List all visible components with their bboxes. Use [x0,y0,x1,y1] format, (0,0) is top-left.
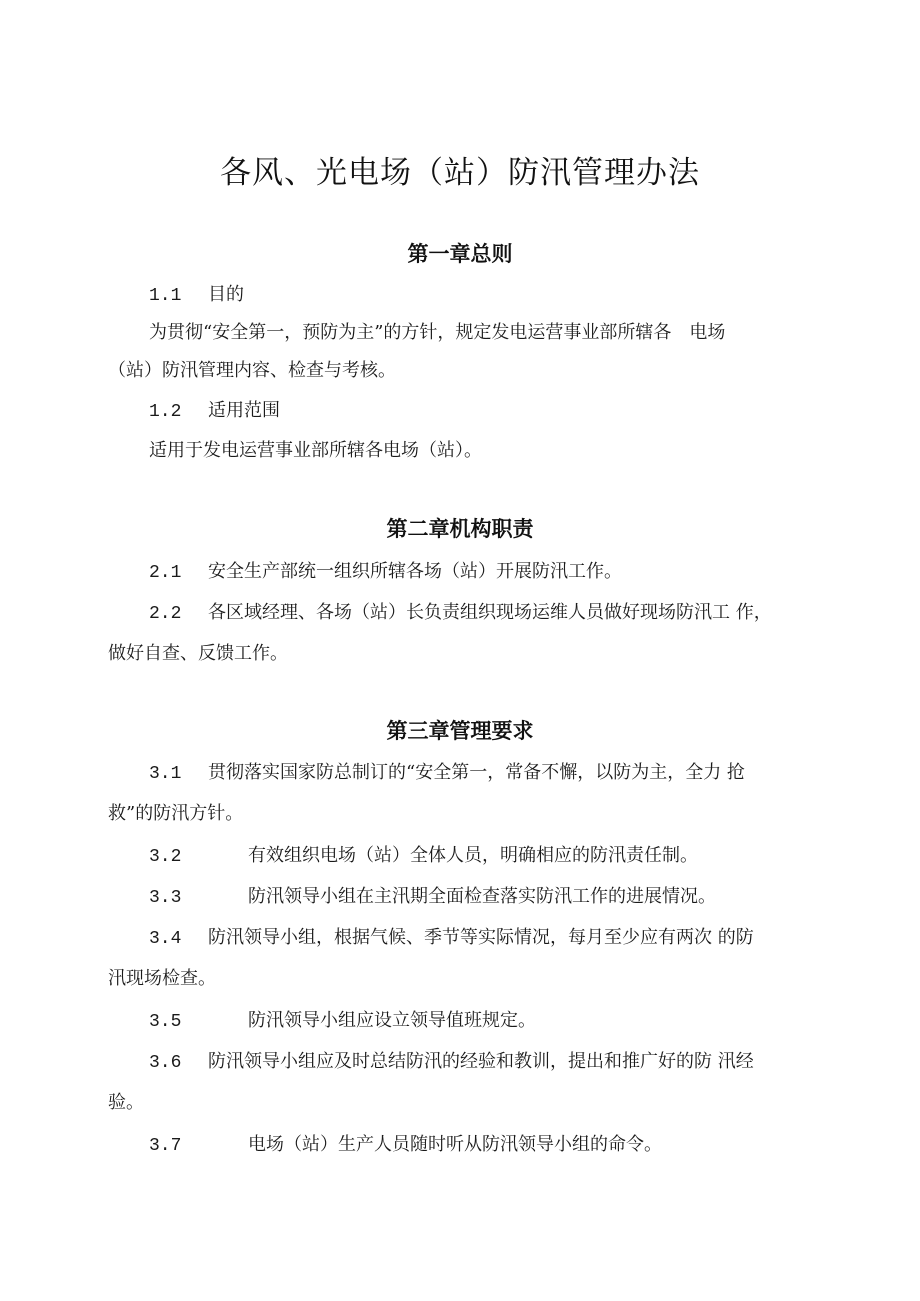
chapter-2-title: 第二章机构职责 [0,513,920,545]
chapter-3-title: 第三章管理要求 [0,715,920,747]
clause-number: 2.1 [149,558,208,588]
clause-2-2: 2.2各区域经理、各场（站）长负责组织现场运维人员做好现场防汛工 作， [149,598,772,629]
clause-text: 防汛领导小组在主汛期全面检查落实防汛工作的进展情况。 [248,886,716,907]
clause-3-3: 3.3防汛领导小组在主汛期全面检查落实防汛工作的进展情况。 [149,882,716,913]
chapter-1-title: 第一章总则 [0,238,920,270]
clause-continuation: 做好自查、反馈工作。 [108,639,288,669]
clause-2-1: 2.1安全生产部统一组织所辖各场（站）开展防汛工作。 [149,557,622,588]
section-1-1-heading: 1.1目的 [149,280,244,311]
clause-number: 3.5 [149,1007,248,1037]
section-1-2-heading: 1.2适用范围 [149,396,280,427]
clause-number: 3.7 [149,1131,248,1161]
paragraph-line: 为贯彻“安全第一，预防为主”的方针，规定发电运营事业部所辖各 电场 [149,318,725,348]
section-number: 1.2 [149,397,208,427]
clause-3-2: 3.2有效组织电场（站）全体人员，明确相应的防汛责任制。 [149,841,698,872]
clause-number: 3.4 [149,924,208,954]
clause-text: 防汛领导小组应设立领导值班规定。 [248,1010,536,1031]
clause-number: 3.3 [149,883,248,913]
clause-continuation: 救”的防汛方针。 [108,799,243,829]
clause-3-6: 3.6防汛领导小组应及时总结防汛的经验和教训，提出和推广好的防 汛经 [149,1047,754,1078]
clause-text: 防汛领导小组，根据气候、季节等实际情况，每月至少应有两次 的防 [208,927,754,948]
clause-text: 电场（站）生产人员随时听从防汛领导小组的命令。 [248,1134,662,1155]
section-number: 1.1 [149,281,208,311]
document-page: 各风、光电场（站）防汛管理办法 第一章总则 1.1目的 为贯彻“安全第一，预防为… [0,0,920,1301]
paragraph-line: 适用于发电运营事业部所辖各电场（站）。 [149,436,482,466]
clause-number: 3.2 [149,842,248,872]
clause-3-7: 3.7电场（站）生产人员随时听从防汛领导小组的命令。 [149,1130,662,1161]
clause-text: 防汛领导小组应及时总结防汛的经验和教训，提出和推广好的防 汛经 [208,1051,754,1072]
clause-continuation: 汛现场检查。 [108,964,216,994]
clause-number: 2.2 [149,599,208,629]
clause-number: 3.6 [149,1048,208,1078]
clause-3-5: 3.5防汛领导小组应设立领导值班规定。 [149,1006,536,1037]
clause-3-1: 3.1贯彻落实国家防总制订的“安全第一，常备不懈，以防为主，全力 抢 [149,758,745,789]
section-heading: 目的 [208,284,244,305]
clause-text: 有效组织电场（站）全体人员，明确相应的防汛责任制。 [248,845,698,866]
clause-continuation: 验。 [108,1088,144,1118]
clause-text: 各区域经理、各场（站）长负责组织现场运维人员做好现场防汛工 作， [208,602,772,623]
paragraph-line: （站）防汛管理内容、检查与考核。 [108,356,396,386]
clause-text: 安全生产部统一组织所辖各场（站）开展防汛工作。 [208,561,622,582]
clause-number: 3.1 [149,759,208,789]
clause-text: 贯彻落实国家防总制订的“安全第一，常备不懈，以防为主，全力 抢 [208,762,745,783]
section-heading: 适用范围 [208,400,280,421]
clause-3-4: 3.4防汛领导小组，根据气候、季节等实际情况，每月至少应有两次 的防 [149,923,754,954]
document-title: 各风、光电场（站）防汛管理办法 [0,148,920,198]
